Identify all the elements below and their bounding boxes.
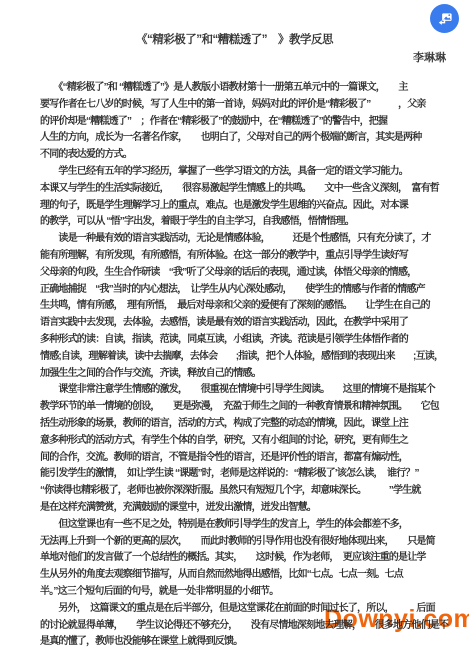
text-line: 要写作者在七八岁的时候，写了人生中的第一首诗，妈妈对此的评价是“精彩极了” ，父… [40,97,461,114]
save-as-image-icon [435,9,454,28]
save-as-image-button[interactable] [430,4,459,33]
paragraph: 学生已经有五年的学习经历，掌握了一些学习语文的方法，具备一定的语文学习能力。本课… [40,164,461,231]
text-line: 的讨论就显得单薄， 学生议论得还不够充分， 没有尽情地深刻地去理解， 很多地方他… [40,618,461,635]
text-line: 的评价却是“糟糕透了” ；作者在“精彩极了”的鼓励中，在“糟糕透了”的警告中，把… [40,114,461,131]
text-line: 正确地捕捉 “我”当时的内心想法， 让学生从内心深处感动， 使学生的情感与作者的… [40,282,461,299]
text-line: 间的合作，交流。教师的语言，不管是指令性的语言，还是评价性的语言，都富有煽动性， [40,450,461,467]
paragraph: 课堂非常注意学生情感的激发， 很重视在情境中引导学生阅读。 这里的情境不是指某个… [40,382,461,516]
text-line: 的教学，可以从 “悟”字出发，着眼于学生的自主学习，自我感悟，悟情悟理。 [40,214,461,231]
author-name: 李琳琳 [413,49,446,65]
text-line: “你读得也精彩极了，老师也被你深深折服。虽然只有短短几个字，却意味深长。 ”学生… [40,483,461,500]
document-body: 《“精彩极了”和 “糟糕透了”》是人教版小语教材第十一册第五单元中的一篇课文， … [40,80,461,651]
text-line: 加强生生之间的合作与交流，齐读，释放自己的情感。 [40,366,461,383]
text-line: 教学环节的单一情境的创设， 更是弥漫， 充盈于师生之间的一种教育情景和精神氛围。… [40,399,461,416]
paragraph: 但这堂课也有一些不足之处，特别是在教师引导学生的发言上，学生的体会都差不多，无法… [40,517,461,601]
text-line: 多种形式的读：自读，指读，范读，同桌互读，小组读，齐读。范读是引领学生体悟作者的 [40,332,461,349]
text-line: 是在这样充满赞赏，充满鼓励的课堂中，迸发出激情，迸发出智慧。 [40,500,461,517]
text-line: 单地对他们的发言做了一个总结性的概括。其实， 这时候，作为老师， 更应该注重的是… [40,550,461,567]
text-line: 括生动形象的场景，教师的语言，活动的方式，构成了完整的动态的情境，因此，课堂上注 [40,416,461,433]
page-title: 《“精彩极了”和“糟糕透了” 》教学反思 [0,31,469,47]
text-line: 父母亲的句段，生生合作研读 “我”听了父母亲的话后的表现，通过读，体悟父母亲的情… [40,265,461,282]
text-line: 《“精彩极了”和 “糟糕透了”》是人教版小语教材第十一册第五单元中的一篇课文， … [40,80,461,97]
text-line: 能引发学生的激情， 如让学生读 “课题”时，老师是这样说的：“精彩极了’该怎么读… [40,466,461,483]
paragraph: 另外， 这篇课文的重点是在后半部分，但是这堂课花在前面的时间过长了，所以， 后面… [40,601,461,651]
text-line: 半。”这三个短句后面的句号，就是一处非常明显的小细节。 [40,584,461,601]
text-line: 是真的懂了，教师也没能够在课堂上就得到反馈。 [40,634,461,651]
text-line: 情感;自读，理解着读，读中去揣摩，去体会 ;指读，把个人体验，感悟到的表现出来 … [40,349,461,366]
text-line: 读是一种最有效的语言实践活动，无论是情感体验， 还是个性感悟，只有充分读了，才 [40,231,461,248]
text-line: 另外， 这篇课文的重点是在后半部分，但是这堂课花在前面的时间过长了，所以， 后面 [40,601,461,618]
document-page: 《“精彩极了”和“糟糕透了” 》教学反思 李琳琳 Downyi.com 《“精彩… [0,0,469,654]
text-line: 生从另外的角度去观察细节描写，从而自然而然地得出感悟，比如“七点。七点一刻。七点 [40,567,461,584]
text-line: 课堂非常注意学生情感的激发， 很重视在情境中引导学生阅读。 这里的情境不是指某个 [40,382,461,399]
text-line: 无法再上升到一个新的更高的层次， 而此时教师的引导作用也没有很好地体现出来， 只… [40,534,461,551]
text-line: 不同的表达爱的方式。 [40,147,461,164]
paragraph: 读是一种最有效的语言实践活动，无论是情感体验， 还是个性感悟，只有充分读了，才能… [40,231,461,382]
text-line: 学生已经有五年的学习经历，掌握了一些学习语文的方法，具备一定的语文学习能力。 [40,164,461,181]
text-line: 理的句子，既是学生理解学习上的重点，难点。也是激发学生思维的兴奋点。因此，对本课 [40,198,461,215]
text-line: 语言实践中去发现，去体验，去感悟，读是最有效的语言实践活动，因此，在教学中采用了 [40,315,461,332]
text-line: 人生的方向，成长为一名著名作家， 也明白了，父母对自己的两个极端的断言，其实是两… [40,130,461,147]
paragraph: 《“精彩极了”和 “糟糕透了”》是人教版小语教材第十一册第五单元中的一篇课文， … [40,80,461,164]
text-line: 但这堂课也有一些不足之处，特别是在教师引导学生的发言上，学生的体会都差不多， [40,517,461,534]
text-line: 生共鸣，情有所感， 理有所悟， 最后对母亲和父亲的爱便有了深刻的感悟。 让学生在… [40,298,461,315]
text-line: 意多种形式的活动方式，有学生个体的自学，研究，又有小组间的讨论，研究，更有师生之 [40,433,461,450]
text-line: 能有所理解，有所发现，有所感悟，有所体验。在这一部分的教学中，重点引导学生读好写 [40,248,461,265]
text-line: 本课又与学生的生活实际接近， 很容易激起学生情感上的共鸣。 文中一些含义深刻， … [40,181,461,198]
